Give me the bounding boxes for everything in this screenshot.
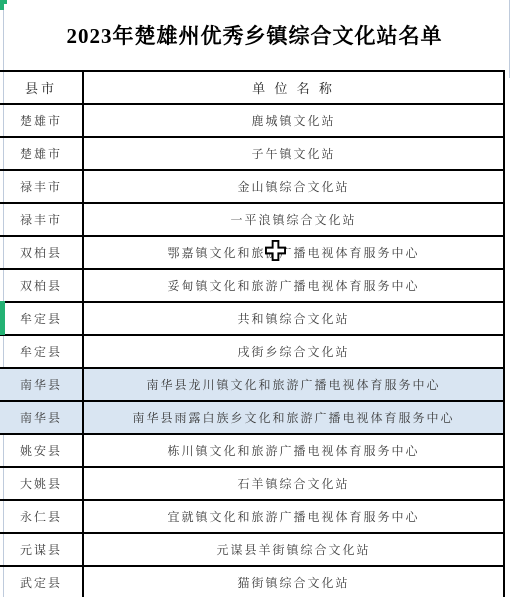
table-row: 大姚县 石羊镇综合文化站: [0, 468, 503, 501]
unit-cell[interactable]: 金山镇综合文化站: [84, 171, 503, 202]
table-row: 南华县 南华县雨露白族乡文化和旅游广播电视体育服务中心: [0, 402, 503, 435]
unit-cell[interactable]: 一平浪镇综合文化站: [84, 204, 503, 235]
page: 2023年楚雄州优秀乡镇综合文化站名单 县市 单 位 名 称 楚雄市 鹿城镇文化…: [0, 0, 512, 597]
row-select-marker: [0, 301, 5, 335]
unit-cell[interactable]: 共和镇综合文化站: [84, 303, 503, 334]
county-cell[interactable]: 南华县: [0, 402, 84, 433]
unit-cell[interactable]: 戌街乡综合文化站: [84, 336, 503, 367]
county-cell[interactable]: 楚雄市: [0, 138, 84, 169]
unit-cell[interactable]: 鄂嘉镇文化和旅游广播电视体育服务中心: [84, 237, 503, 268]
unit-cell[interactable]: 石羊镇综合文化站: [84, 468, 503, 499]
table-row: 双柏县 鄂嘉镇文化和旅游广播电视体育服务中心: [0, 237, 503, 270]
title-block: 2023年楚雄州优秀乡镇综合文化站名单: [4, 0, 505, 70]
county-cell[interactable]: 大姚县: [0, 468, 84, 499]
right-gridline-edge: [509, 0, 510, 78]
county-cell[interactable]: 姚安县: [0, 435, 84, 466]
county-cell[interactable]: 双柏县: [0, 270, 84, 301]
county-cell[interactable]: 牟定县: [0, 303, 84, 334]
column-header-county[interactable]: 县市: [0, 72, 84, 103]
table-row: 禄丰市 金山镇综合文化站: [0, 171, 503, 204]
cell-cursor-icon: [265, 240, 286, 261]
table-body: 楚雄市 鹿城镇文化站 楚雄市 子午镇文化站 禄丰市 金山镇综合文化站 禄丰市 一…: [0, 105, 503, 597]
county-cell[interactable]: 永仁县: [0, 501, 84, 532]
unit-cell[interactable]: 猫街镇综合文化站: [84, 567, 503, 597]
unit-cell[interactable]: 鹿城镇文化站: [84, 105, 503, 136]
unit-cell[interactable]: 宜就镇文化和旅游广播电视体育服务中心: [84, 501, 503, 532]
county-cell[interactable]: 楚雄市: [0, 105, 84, 136]
table-row: 牟定县 戌街乡综合文化站: [0, 336, 503, 369]
unit-cell[interactable]: 元谋县羊街镇综合文化站: [84, 534, 503, 565]
table-row: 姚安县 栋川镇文化和旅游广播电视体育服务中心: [0, 435, 503, 468]
county-cell[interactable]: 禄丰市: [0, 204, 84, 235]
column-header-unit[interactable]: 单 位 名 称: [84, 72, 503, 103]
table-header-row: 县市 单 位 名 称: [0, 72, 503, 105]
table-row: 牟定县 共和镇综合文化站: [0, 303, 503, 336]
county-cell[interactable]: 双柏县: [0, 237, 84, 268]
county-cell[interactable]: 南华县: [0, 369, 84, 400]
page-title: 2023年楚雄州优秀乡镇综合文化站名单: [67, 20, 443, 50]
table-row: 武定县 猫街镇综合文化站: [0, 567, 503, 597]
county-cell[interactable]: 禄丰市: [0, 171, 84, 202]
unit-cell[interactable]: 南华县龙川镇文化和旅游广播电视体育服务中心: [84, 369, 503, 400]
table-row: 楚雄市 子午镇文化站: [0, 138, 503, 171]
table-row: 禄丰市 一平浪镇综合文化站: [0, 204, 503, 237]
county-cell[interactable]: 武定县: [0, 567, 84, 597]
county-cell[interactable]: 元谋县: [0, 534, 84, 565]
table-row: 元谋县 元谋县羊街镇综合文化站: [0, 534, 503, 567]
unit-cell[interactable]: 南华县雨露白族乡文化和旅游广播电视体育服务中心: [84, 402, 503, 433]
table-row: 南华县 南华县龙川镇文化和旅游广播电视体育服务中心: [0, 369, 503, 402]
unit-cell[interactable]: 妥甸镇文化和旅游广播电视体育服务中心: [84, 270, 503, 301]
county-cell[interactable]: 牟定县: [0, 336, 84, 367]
unit-cell[interactable]: 栋川镇文化和旅游广播电视体育服务中心: [84, 435, 503, 466]
table-row: 双柏县 妥甸镇文化和旅游广播电视体育服务中心: [0, 270, 503, 303]
table-row: 永仁县 宜就镇文化和旅游广播电视体育服务中心: [0, 501, 503, 534]
table-row: 楚雄市 鹿城镇文化站: [0, 105, 503, 138]
unit-cell[interactable]: 子午镇文化站: [84, 138, 503, 169]
culture-station-table: 县市 单 位 名 称 楚雄市 鹿城镇文化站 楚雄市 子午镇文化站 禄丰市 金山镇…: [0, 70, 505, 597]
